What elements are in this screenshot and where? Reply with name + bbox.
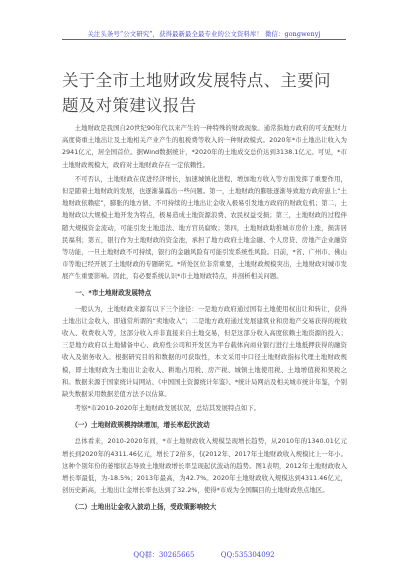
paragraph-scale: 总体看来，2010-2020年间，*市土地财政收入规模呈现增长趋势，从2010年… (62, 436, 347, 497)
subheading-2: （二）土地出让金收入波动上扬，受政策影响较大 (62, 501, 347, 513)
promo-banner[interactable]: 关注头条号“公文研究”，获得最新最全最专业的公文资料库！ 微信：gongweny… (62, 29, 346, 40)
paragraph-sources: 一般认为，土地财政来源有以下三个途径：一是地方政府通过国有土地使用权出让和转让，… (62, 304, 347, 402)
document-title: 关于全市土地财政发展特点、主要问题及对策建议报告 (62, 68, 347, 118)
section-heading: 一、*市土地财政发展特点 (62, 287, 347, 299)
paragraph-problems: 不可否认，土地财政在促进经济增长，加速城镇化进程，增加地方收入等方面发挥了重要作… (62, 174, 347, 284)
paragraph-overview: 考察*市2010-2020年土地财政发展状况，总结其发展特点如下。 (62, 403, 347, 415)
paragraph-intro: 土地财政是我国自20世纪90年代以来产生的一种特殊的财政现象。通常指地方政府的可… (62, 123, 347, 172)
contact-footer: QQ群：30265665 QQ:535304092 (0, 550, 408, 560)
promo-banner-text[interactable]: 关注头条号“公文研究”，获得最新最全最专业的公文资料库！ 微信：gongweny… (87, 30, 320, 38)
qq-text: QQ:535304092 (221, 551, 275, 559)
qq-group-text: QQ群：30265665 (133, 551, 194, 559)
subheading-1: （一）土地财政规模持续增加，增长率起伏波动 (62, 419, 347, 431)
document-page: 关于全市土地财政发展特点、主要问题及对策建议报告 土地财政是我国自20世纪90年… (62, 68, 347, 518)
